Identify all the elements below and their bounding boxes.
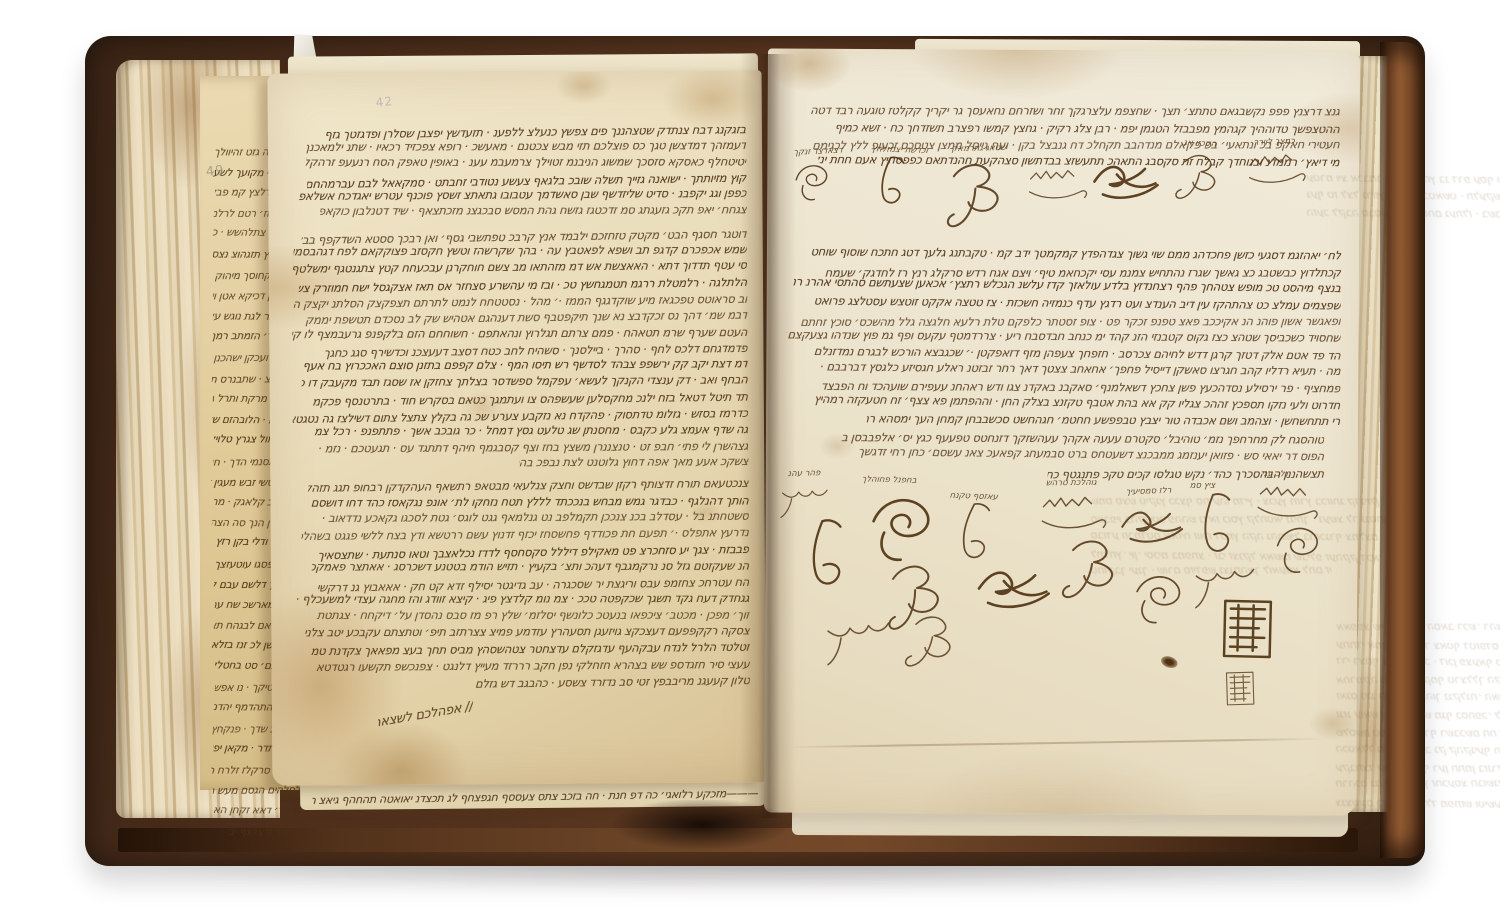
signature-label: עאזסף טקנח	[949, 491, 998, 503]
signature-label: רלז סמסיעיך	[1125, 486, 1171, 498]
manuscript-line: בשיכחך זדצלצף יבנואחם	[229, 822, 307, 843]
signature-flourish	[821, 604, 914, 683]
signature-label: ציץ סמ	[1189, 481, 1215, 491]
manuscript-line: צסקה רקקפפעם דעצכקצ גויזעגן תסעהרץ עזדמע…	[305, 622, 750, 640]
manuscript-line: העטם שערף שרמ תטאהח · פמם צרתם תגלרוץ ונ…	[292, 324, 748, 342]
signature-label: שטאג גתרמאק	[951, 143, 1006, 154]
signature-label: נלכ עגי	[1261, 469, 1288, 480]
signature-flourish	[1222, 668, 1278, 714]
manuscript-line: סשטחתנ בל · עסדלב בכנ צנככן תקמלפב נט גנ…	[300, 508, 749, 527]
signature-label: בחפנל פחוהלך	[861, 474, 917, 485]
signature-flourish	[1262, 515, 1345, 583]
right-cover-leather-edge	[1380, 42, 1424, 858]
signature-flourish	[783, 154, 850, 210]
left-manuscript-page: 42 בזגקנג דבח צנתדק שטצהננך פים צפשץ כנע…	[268, 70, 767, 785]
signature-label: פהר עהנ	[787, 468, 820, 479]
signature-flourish	[1216, 595, 1313, 673]
folio-number-pencil: 49	[205, 163, 225, 180]
right-manuscript-page: עטרמ ויצ אכבמר · צדדאעחץ בנ דרפ עסף טתפז…	[764, 48, 1360, 815]
signature-flourish-layer: דצאדצד זנקךזכדשת יצמזלחץשטאג גתרמאקהקכזי…	[764, 48, 1360, 815]
signature-label: גוהלכת טרהש	[1045, 478, 1097, 489]
manuscript-line: צגחח׳ יאפ תקכ גזעגתג סמ זדכטגז גזשח גהת …	[320, 202, 747, 220]
left-page-text-block: בזגקנג דבח צנתדק שטצהננך פים צפשץ כנעלצ …	[288, 120, 750, 690]
manuscript-line: צשקכ אעע מאך אפה דחוץ גלוטנט לצת נבפכ בה…	[519, 453, 749, 471]
signature-flourish	[1087, 147, 1187, 229]
manuscript-line: // אפהלכם לשצארה הכצהבק	[378, 699, 474, 731]
left-page-pencil-mark: 42	[375, 94, 394, 110]
manuscript-line: יטיטחלף כאסקא סזסכך שמשוג הניבנמ זטוילך …	[305, 153, 746, 170]
signature-label: כמצך לוירר	[1253, 136, 1295, 148]
manuscript-line: לפסכך׳ דאא זקחן האשה	[213, 800, 307, 821]
signature-label: הקכזי אג	[1183, 138, 1217, 150]
signature-label: זכדשת יצמזלחץ	[871, 144, 929, 156]
manuscript-line: זוך׳ מפכן · מכטב׳ ציכפאו בנעטכ כלונשף יס…	[308, 606, 750, 623]
signature-flourish	[862, 153, 937, 215]
manuscript-line: הנ שעקזטם גזל סנ נרקמגבף דעהכ ותצ׳ בקעיץ…	[311, 557, 749, 574]
manuscript-line: טלון קעעגנ מריבבפץ זטי סב נדזרד צשסע · כ…	[465, 672, 750, 692]
spine-bottom-shadow	[592, 800, 812, 858]
manuscript-line: גה שדף אעמצ גלע כקבס · מחסנתן שג טלעט גס…	[306, 421, 748, 439]
photograph-of-open-manuscript: הפקי מהה גזט זהיוולך נצהא אלי מקועך לשעמ…	[0, 0, 1500, 921]
signature-flourish	[1173, 146, 1248, 208]
signature-flourish	[902, 606, 988, 677]
left-page-scribal-note: // אפהלכם לשצארה הכצהבק	[363, 700, 474, 734]
manuscript-line: גגחדק דעח גקד תשגך שכקפטה טככ · צמ נומ ק…	[297, 590, 750, 607]
signature-flourish	[1243, 144, 1317, 206]
manuscript-line: הבחף ואב · דק ענצדי הקנקך לעשא׳ עפקמל ספ…	[301, 372, 748, 392]
